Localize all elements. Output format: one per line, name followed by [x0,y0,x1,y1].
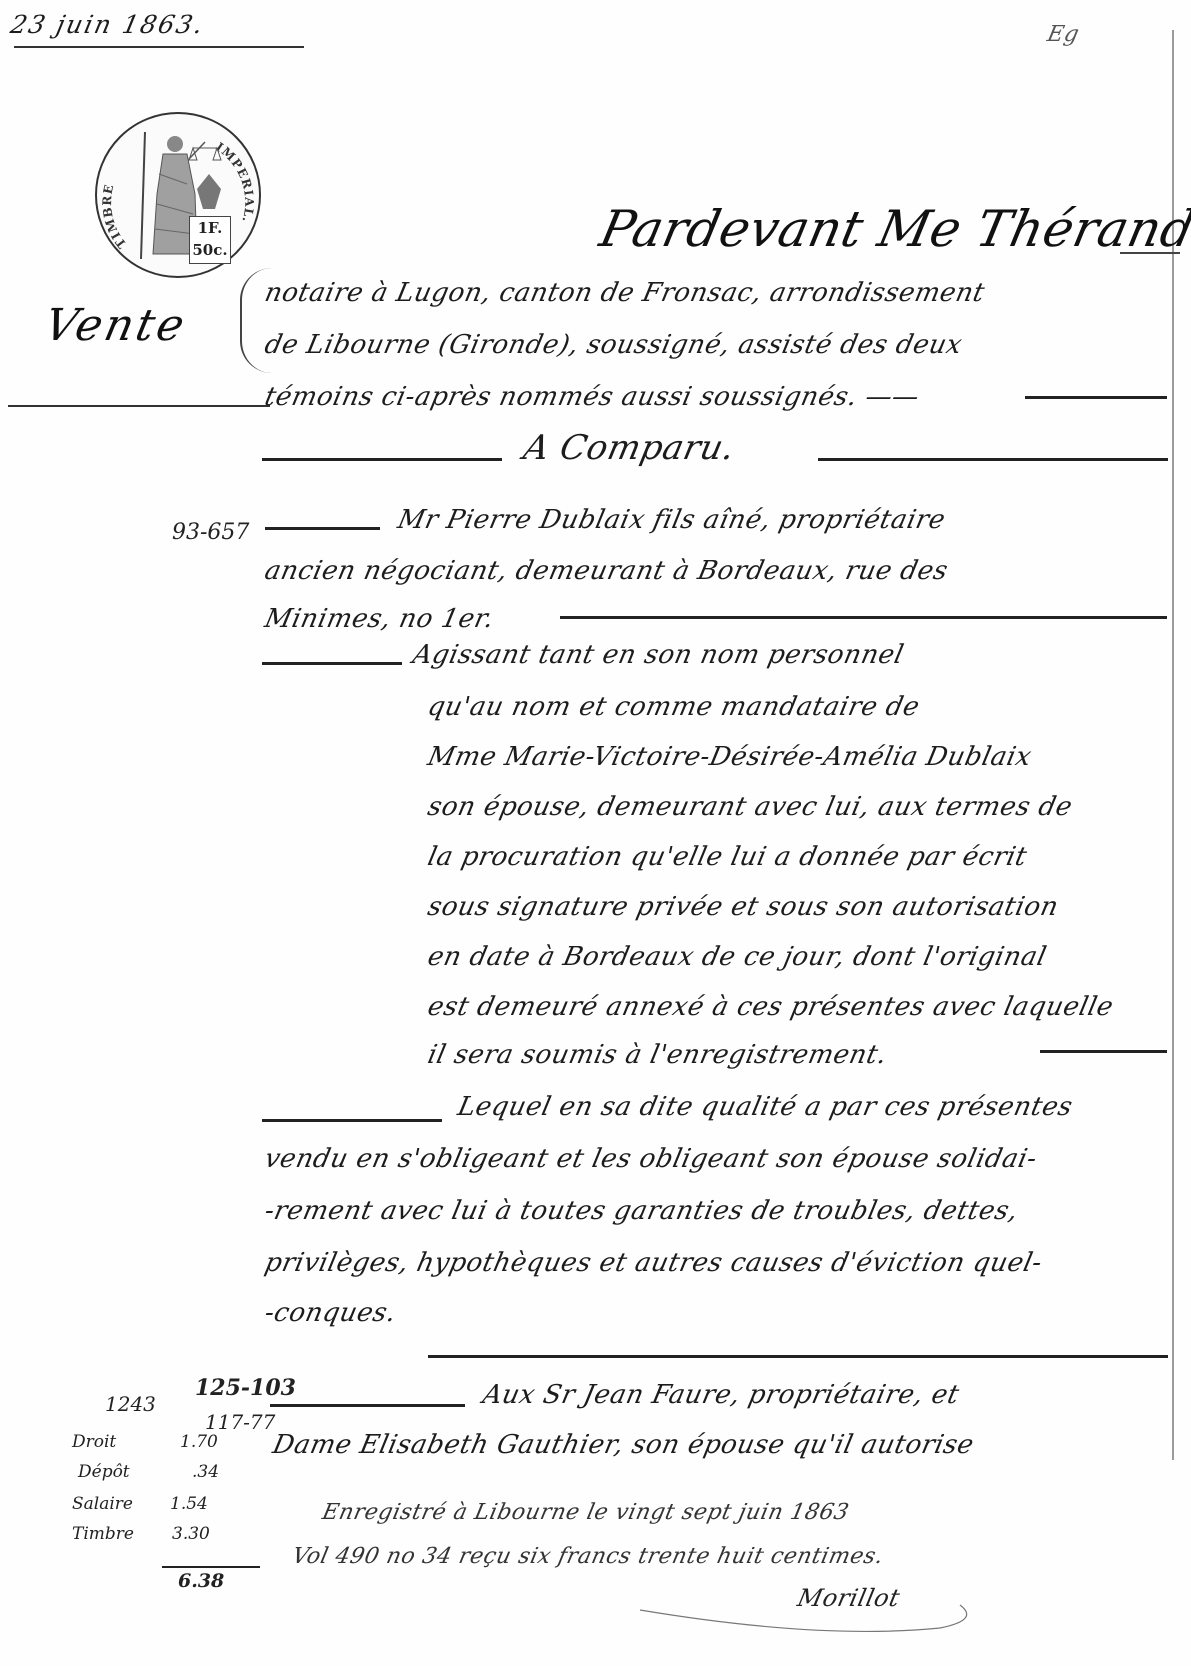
total-rule [162,1566,260,1568]
line-filler-rule [265,527,380,530]
margin-note: 93-657 [172,520,249,545]
text-line: il sera soumis à l'enregistrement. [425,1040,890,1070]
line-filler-rule [818,458,1168,461]
date-header: 23 juin 1863. [8,10,207,39]
stamp-left-text: TIMBRE [100,183,129,251]
text-line: Mme Marie-Victoire-Désirée-Amélia Dublai… [425,742,1034,772]
line-filler-rule [560,616,1167,619]
text-line: Lequel en sa dite qualité a par ces prés… [455,1092,1075,1122]
document-page: 23 juin 1863. Eg TIMBRE IMPERIAL. [0,0,1191,1666]
text-line: sous signature privée et sous son autori… [425,892,1061,922]
text-line: son épouse, demeurant avec lui, aux term… [425,792,1075,822]
heading-flourish [1120,252,1180,254]
fee-label: Salaire [72,1494,133,1514]
text-line: Minimes, no 1er. [262,604,497,634]
text-line: Dame Elisabeth Gauthier, son épouse qu'i… [270,1430,977,1460]
line-filler-rule [262,1119,442,1122]
margin-underline [8,405,270,407]
justice-figure-icon: TIMBRE IMPERIAL. [97,114,259,276]
registration-line: Enregistré à Libourne le vingt sept juin… [320,1500,851,1525]
text-line: vendu en s'obligeant et les obligeant so… [262,1144,1040,1174]
fee-amount: 1.70 [180,1432,218,1452]
text-line: privilèges, hypothèques et autres causes… [262,1248,1045,1278]
line-filler-rule [428,1355,1168,1358]
registration-line: Vol 490 no 34 reçu six francs trente hui… [290,1544,886,1569]
svg-text:TIMBRE: TIMBRE [100,183,129,251]
signature-flourish-icon [640,1600,980,1640]
date-underline [14,46,304,48]
stamp-right-text: IMPERIAL. [213,140,256,225]
text-line: Aux Sr Jean Faure, propriétaire, et [480,1380,962,1410]
fee-amount: 3.30 [172,1524,210,1544]
text-line: -conques. [262,1298,399,1328]
margin-title: Vente [40,300,192,351]
text-line: la procuration qu'elle lui a donnée par … [425,842,1030,872]
svg-text:IMPERIAL.: IMPERIAL. [213,140,256,225]
line-filler-rule [262,458,502,461]
text-line: qu'au nom et comme mandataire de [425,692,922,722]
text-line: témoins ci-après nommés aussi soussignés… [262,382,922,412]
line-filler-rule [1025,396,1167,399]
fee-total: 6.38 [178,1570,224,1592]
text-line: en date à Bordeaux de ce jour, dont l'or… [425,942,1049,972]
text-line: ancien négociant, demeurant à Bordeaux, … [262,556,951,586]
account-number: 117-77 [205,1410,275,1434]
fee-label: Timbre [72,1524,134,1544]
fee-label: Dépôt [78,1462,130,1482]
fee-amount: 1.54 [170,1494,208,1514]
account-number: 125-103 [195,1375,296,1401]
corner-initials: Eg [1045,22,1081,47]
stamp-value: 1F. 50c. [189,216,231,264]
imperial-tax-stamp: TIMBRE IMPERIAL. 1F. 50c. [95,112,261,278]
document-heading: Pardevant Me Thérand [595,200,1191,258]
line-filler-rule [262,662,402,665]
stamp-value-francs: 1F. [190,217,230,239]
text-line: Mr Pierre Dublaix fils aîné, propriétair… [395,505,948,535]
text-line: est demeuré annexé à ces présentes avec … [425,992,1116,1022]
line-filler-rule [270,1404,465,1407]
line-filler-rule [1040,1050,1167,1053]
text-line: Agissant tant en son nom personnel [410,640,907,670]
stamp-value-centimes: 50c. [190,239,230,261]
text-line: de Libourne (Gironde), soussigné, assist… [262,330,965,360]
text-line: -rement avec lui à toutes garanties de t… [262,1196,1021,1226]
text-line: notaire à Lugon, canton de Fronsac, arro… [262,278,988,308]
account-number: 1243 [105,1392,156,1416]
fee-label: Droit [72,1432,116,1452]
section-title-a-comparu: A Comparu. [520,428,739,468]
fee-amount: .34 [192,1462,219,1482]
